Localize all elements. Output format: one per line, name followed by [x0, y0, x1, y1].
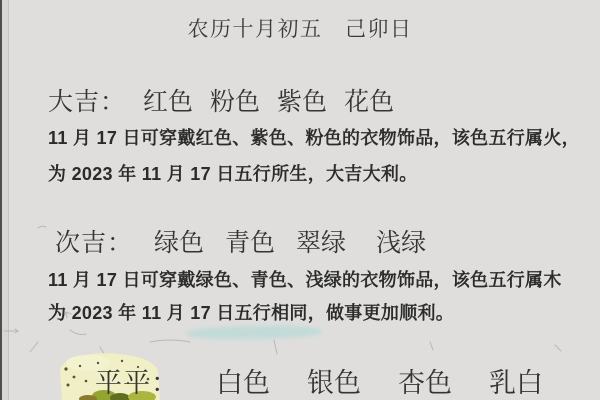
page-title: 农历十月初五 己卯日	[0, 13, 600, 43]
lucky-color: 紫色	[277, 82, 327, 118]
grade-label: 次吉：	[55, 223, 133, 259]
grade-heading-daji: 大吉： 红色 粉色 紫色 花色	[48, 82, 394, 118]
grade-heading-ciji: 次吉： 绿色 青色 翠绿 浅绿	[55, 223, 426, 259]
lucky-color: 青色	[225, 223, 275, 259]
pencil-doodle-marks	[0, 0, 600, 400]
ciji-description-line: 为 2023 年 11 月 17 日五行相同，做事更加顺利。	[48, 299, 454, 325]
lucky-color: 翠绿	[296, 223, 346, 259]
lucky-color: 杏色	[398, 361, 452, 400]
grade-label: 大吉：	[48, 82, 126, 118]
lucky-color: 白色	[216, 361, 270, 400]
lucky-color: 绿色	[154, 223, 204, 259]
lucky-color: 浅绿	[376, 223, 426, 259]
lucky-color: 乳白	[489, 361, 543, 400]
daji-description-line: 为 2023 年 11 月 17 日五行所生，大吉大利。	[48, 160, 418, 186]
daji-description-line: 11 月 17 日可穿戴红色、紫色、粉色的衣物饰品，该色五行属火，	[48, 124, 580, 150]
ciji-description-line: 11 月 17 日可穿戴绿色、青色、浅绿的衣物饰品，该色五行属木	[48, 266, 562, 292]
lucky-color: 粉色	[210, 82, 260, 118]
lucky-color: 银色	[307, 361, 361, 400]
lucky-color: 红色	[143, 82, 193, 118]
page: 农历十月初五 己卯日 大吉： 红色 粉色 紫色 花色 11 月 17 日可穿戴红…	[0, 0, 600, 400]
lucky-color: 花色	[344, 82, 394, 118]
grade-heading-pingping: 平平： 白色 银色 杏色 乳白	[95, 361, 543, 400]
grade-label: 平平：	[95, 361, 179, 400]
